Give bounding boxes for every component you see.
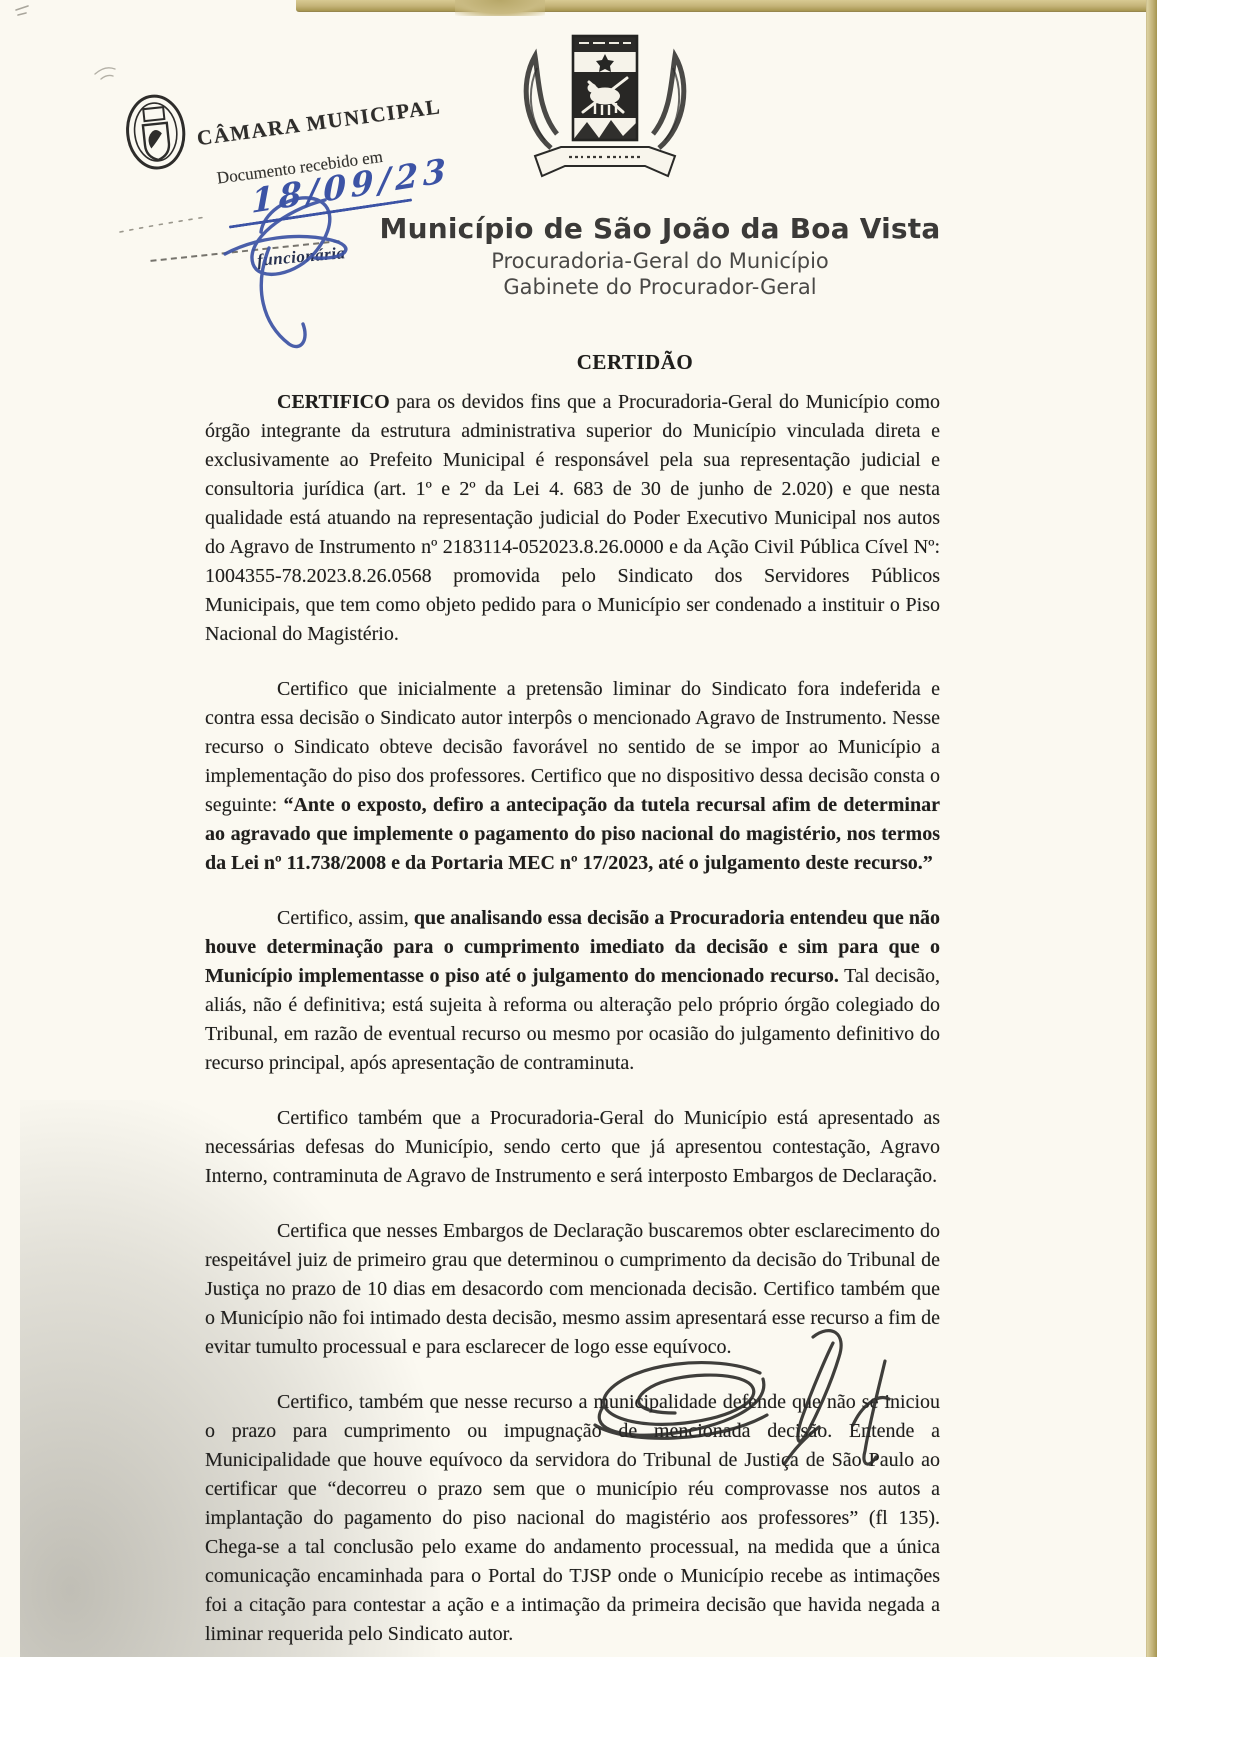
- body-paragraph: CERTIFICO para os devidos fins que a Pro…: [205, 388, 940, 649]
- body-paragraph: Certifico que inicialmente a pretensão l…: [205, 675, 940, 878]
- scan-page: { "stamp": { "org": "CÂMARA MUNICIPAL", …: [0, 0, 1242, 1755]
- document-sheet: CÂMARA MUNICIPAL Documento recebido em 1…: [0, 0, 1157, 1657]
- body-paragraph: Certifico também que a Procuradoria-Gera…: [205, 1104, 940, 1191]
- scan-edge-top-blob: [455, 0, 545, 16]
- letterhead-municipality: Município de São João da Boa Vista: [330, 212, 990, 245]
- municipal-coat-of-arms: [505, 30, 705, 190]
- document-title: CERTIDÃO: [220, 350, 1050, 375]
- letterhead: Município de São João da Boa Vista Procu…: [330, 212, 990, 299]
- text-run: para os devidos fins que a Procuradoria-…: [205, 391, 940, 645]
- body-paragraph: Certifico, assim, que analisando essa de…: [205, 904, 940, 1078]
- pen-signature-scribbles: [555, 1315, 985, 1555]
- text-run: Certifico, assim,: [277, 907, 414, 929]
- scan-edge-top: [296, 0, 1157, 12]
- text-run: Certifico também que a Procuradoria-Gera…: [205, 1107, 940, 1187]
- bold-run: CERTIFICO: [277, 391, 390, 413]
- letterhead-office: Gabinete do Procurador-Geral: [330, 275, 990, 299]
- bold-run: “Ante o exposto, defiro a antecipação da…: [205, 794, 940, 874]
- scan-edge-right: [1146, 0, 1157, 1657]
- camara-crest-icon: [120, 89, 193, 181]
- letterhead-department: Procuradoria-Geral do Município: [330, 249, 990, 273]
